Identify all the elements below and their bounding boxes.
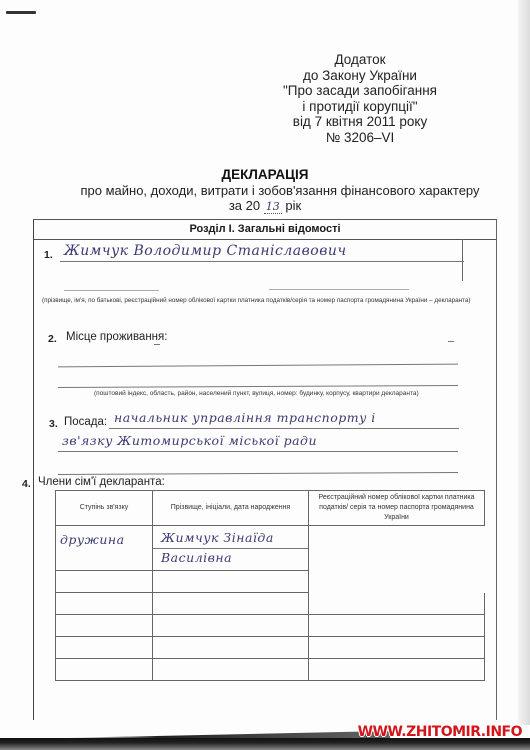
table-row (56, 615, 485, 637)
year-prefix: за 20 (229, 198, 260, 213)
cell (56, 659, 153, 681)
cell (153, 593, 309, 615)
cell (56, 637, 153, 659)
member-name-line2: Василівна (161, 550, 232, 565)
scan-shadow (60, 731, 390, 738)
position-line1: начальник управління транспорту і (114, 410, 376, 425)
item1-underline (64, 290, 159, 291)
appendix-line: від 7 квітня 2011 року (255, 114, 465, 130)
declaration-title: ДЕКЛАРАЦІЯ (0, 167, 530, 182)
position-line (109, 428, 459, 429)
item2-label: Місце проживання: (66, 331, 167, 343)
site-watermark: WWW.ZHITOMIR.INFO (358, 724, 522, 740)
table-header-row: Ступінь зв'язку Прізвище, ініціали, дата… (56, 491, 485, 526)
name-divider (153, 548, 308, 549)
relation-value: дружина (60, 532, 125, 547)
item1-underline (269, 289, 409, 290)
item4-number: 4. (22, 478, 31, 490)
item3-label: Посада: (64, 416, 107, 428)
address-line (58, 385, 458, 388)
item2-number: 2. (48, 333, 57, 345)
table-row (56, 659, 485, 681)
declaration-year: за 20 13 рік (0, 198, 530, 213)
position-line (58, 472, 458, 475)
item2-dash (448, 341, 454, 342)
item1-hint: (прізвище, ім'я, по батькові, реєстрацій… (42, 297, 470, 304)
section-frame: Розділ I. Загальні відомості 1. Жимчук В… (33, 219, 497, 720)
table-row (56, 593, 485, 615)
cell (56, 615, 153, 637)
cell (309, 659, 485, 681)
appendix-line: Додаток (255, 52, 465, 68)
cell (56, 571, 153, 593)
year-handwritten: 13 (264, 200, 282, 214)
item1-number: 1. (44, 249, 53, 261)
scan-edge-shadow (518, 0, 530, 725)
appendix-line: і протидії корупції" (255, 99, 465, 115)
item2-hint: (поштовий індекс, область, район, населе… (94, 390, 419, 397)
section-title: Розділ I. Загальні відомості (34, 220, 496, 240)
declaration-page: Додаток до Закону України "Про засади за… (0, 0, 530, 750)
appendix-header: Додаток до Закону України "Про засади за… (255, 52, 465, 145)
cell (309, 615, 485, 637)
cell-id (309, 526, 485, 593)
appendix-line: "Про засади запобігання (255, 83, 465, 99)
col-relation: Ступінь зв'язку (56, 491, 153, 526)
position-line (58, 451, 458, 452)
cell-relation: дружина (56, 526, 153, 571)
item2-dash (154, 344, 160, 345)
item1-line (60, 261, 464, 262)
member-name-line1: Жимчук Зінаїда (161, 530, 274, 545)
table-row: дружина Жимчук Зінаїда Василівна (56, 526, 485, 571)
address-line (58, 364, 458, 368)
position-line2: зв'язку Житомирської міської ради (62, 433, 317, 448)
cell (153, 659, 309, 681)
declaration-subtitle: про майно, доходи, витрати і зобов'язанн… (60, 183, 500, 198)
scan-mark (6, 11, 36, 14)
cell (153, 637, 309, 659)
cell (153, 615, 309, 637)
appendix-line: до Закону України (255, 68, 465, 84)
table-row (56, 637, 485, 659)
item4-label: Члени сім'ї декларанта: (38, 476, 165, 488)
year-suffix: рік (285, 198, 301, 213)
col-id: Реєстраційний номер облікової картки пла… (309, 491, 485, 526)
family-members-table: Ступінь зв'язку Прізвище, ініціали, дата… (55, 490, 485, 681)
declarant-name: Жимчук Володимир Станіславович (64, 243, 347, 259)
cell-name: Жимчук Зінаїда Василівна (153, 526, 309, 571)
col-name: Прізвище, ініціали, дата народження (153, 491, 309, 526)
cell (56, 593, 153, 615)
cell (153, 571, 309, 593)
cell (309, 637, 485, 659)
item3-number: 3. (49, 418, 58, 430)
cell (309, 593, 485, 615)
appendix-line: № 3206–VI (255, 130, 465, 146)
frame-edge (462, 239, 463, 281)
